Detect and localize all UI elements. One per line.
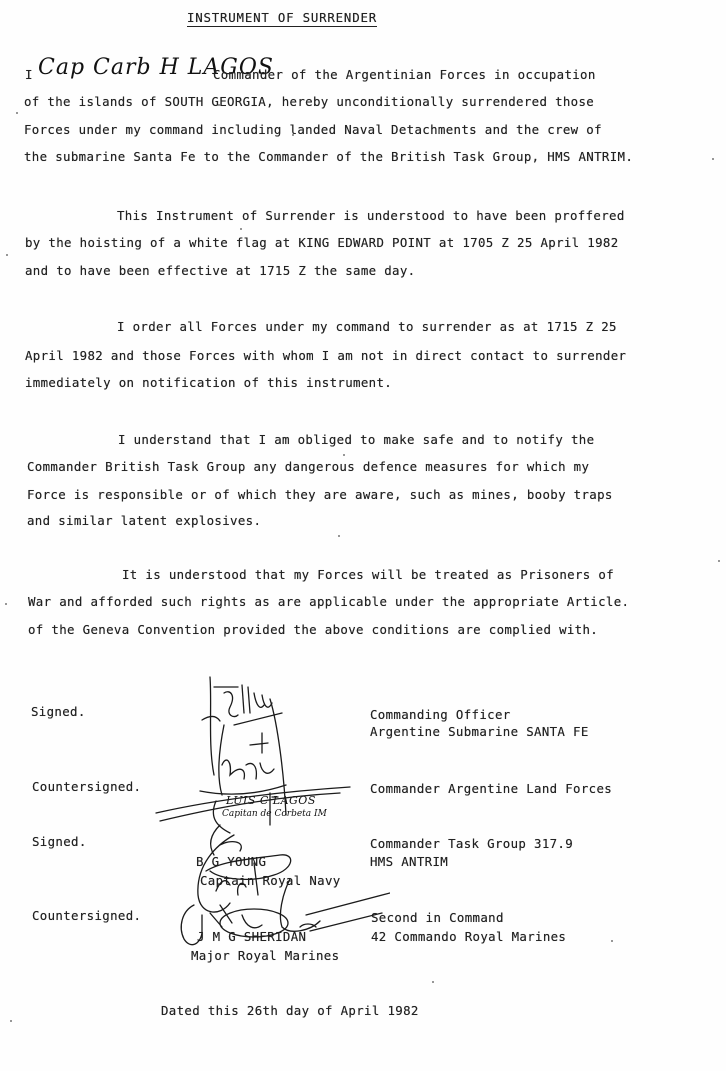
sig2-label: Countersigned. — [32, 781, 141, 793]
para3-line-3: Force is responsible or of which they ar… — [27, 489, 613, 501]
sig4-typed-name: J M G SHERIDAN — [197, 931, 306, 943]
para2-line-3: immediately on notification of this inst… — [25, 377, 392, 389]
opening-line-4: the submarine Santa Fe to the Commander … — [24, 151, 633, 163]
opening-line-1: Commander of the Argentinian Forces in o… — [213, 69, 596, 81]
opening-line-2: of the islands of SOUTH GEORGIA, hereby … — [24, 96, 594, 108]
sig2-handwritten-name: LUIS C LAGOS — [226, 795, 316, 806]
para4-line-1: It is understood that my Forces will be … — [122, 569, 614, 581]
sig2-handwritten-rank: Capitan de Corbeta IM — [222, 810, 327, 819]
sig1-label: Signed. — [31, 706, 86, 718]
para4-line-3: of the Geneva Convention provided the ab… — [28, 624, 598, 636]
document-title: INSTRUMENT OF SURRENDER — [187, 12, 377, 24]
dated-line: Dated this 26th day of April 1982 — [161, 1005, 419, 1017]
sig3-typed-rank: Captain Royal Navy — [200, 875, 341, 887]
para4-line-2: War and afforded such rights as are appl… — [28, 596, 629, 608]
para3-line-2: Commander British Task Group any dangero… — [27, 461, 589, 473]
sig4-role-line-2: 42 Commando Royal Marines — [371, 931, 566, 943]
para1-line-2: by the hoisting of a white flag at KING … — [25, 237, 619, 249]
sig1-role-line-2: Argentine Submarine SANTA FE — [370, 726, 589, 738]
document-page: INSTRUMENT OF SURRENDER I Cap Carb H LAG… — [0, 0, 726, 1071]
sig2-role-line-1: Commander Argentine Land Forces — [370, 783, 612, 795]
para2-line-2: April 1982 and those Forces with whom I … — [25, 350, 626, 362]
para1-line-3: and to have been effective at 1715 Z the… — [25, 265, 416, 277]
sig4-role-line-1: Second in Command — [371, 912, 504, 924]
sig3-role-line-1: Commander Task Group 317.9 — [370, 838, 573, 850]
para3-line-1: I understand that I am obliged to make s… — [118, 434, 594, 446]
sig3-label: Signed. — [32, 836, 87, 848]
sig1-role-line-1: Commanding Officer — [370, 709, 511, 721]
sig3-role-line-2: HMS ANTRIM — [370, 856, 448, 868]
sig3-typed-name: B G YOUNG — [196, 856, 266, 868]
para2-line-1: I order all Forces under my command to s… — [117, 321, 617, 333]
para3-line-4: and similar latent explosives. — [27, 515, 261, 527]
opening-pronoun: I — [25, 69, 33, 81]
sig4-label: Countersigned. — [32, 910, 141, 922]
para1-line-1: This Instrument of Surrender is understo… — [117, 210, 625, 222]
sig4-typed-rank: Major Royal Marines — [191, 950, 339, 962]
opening-line-3: Forces under my command including landed… — [24, 124, 602, 136]
